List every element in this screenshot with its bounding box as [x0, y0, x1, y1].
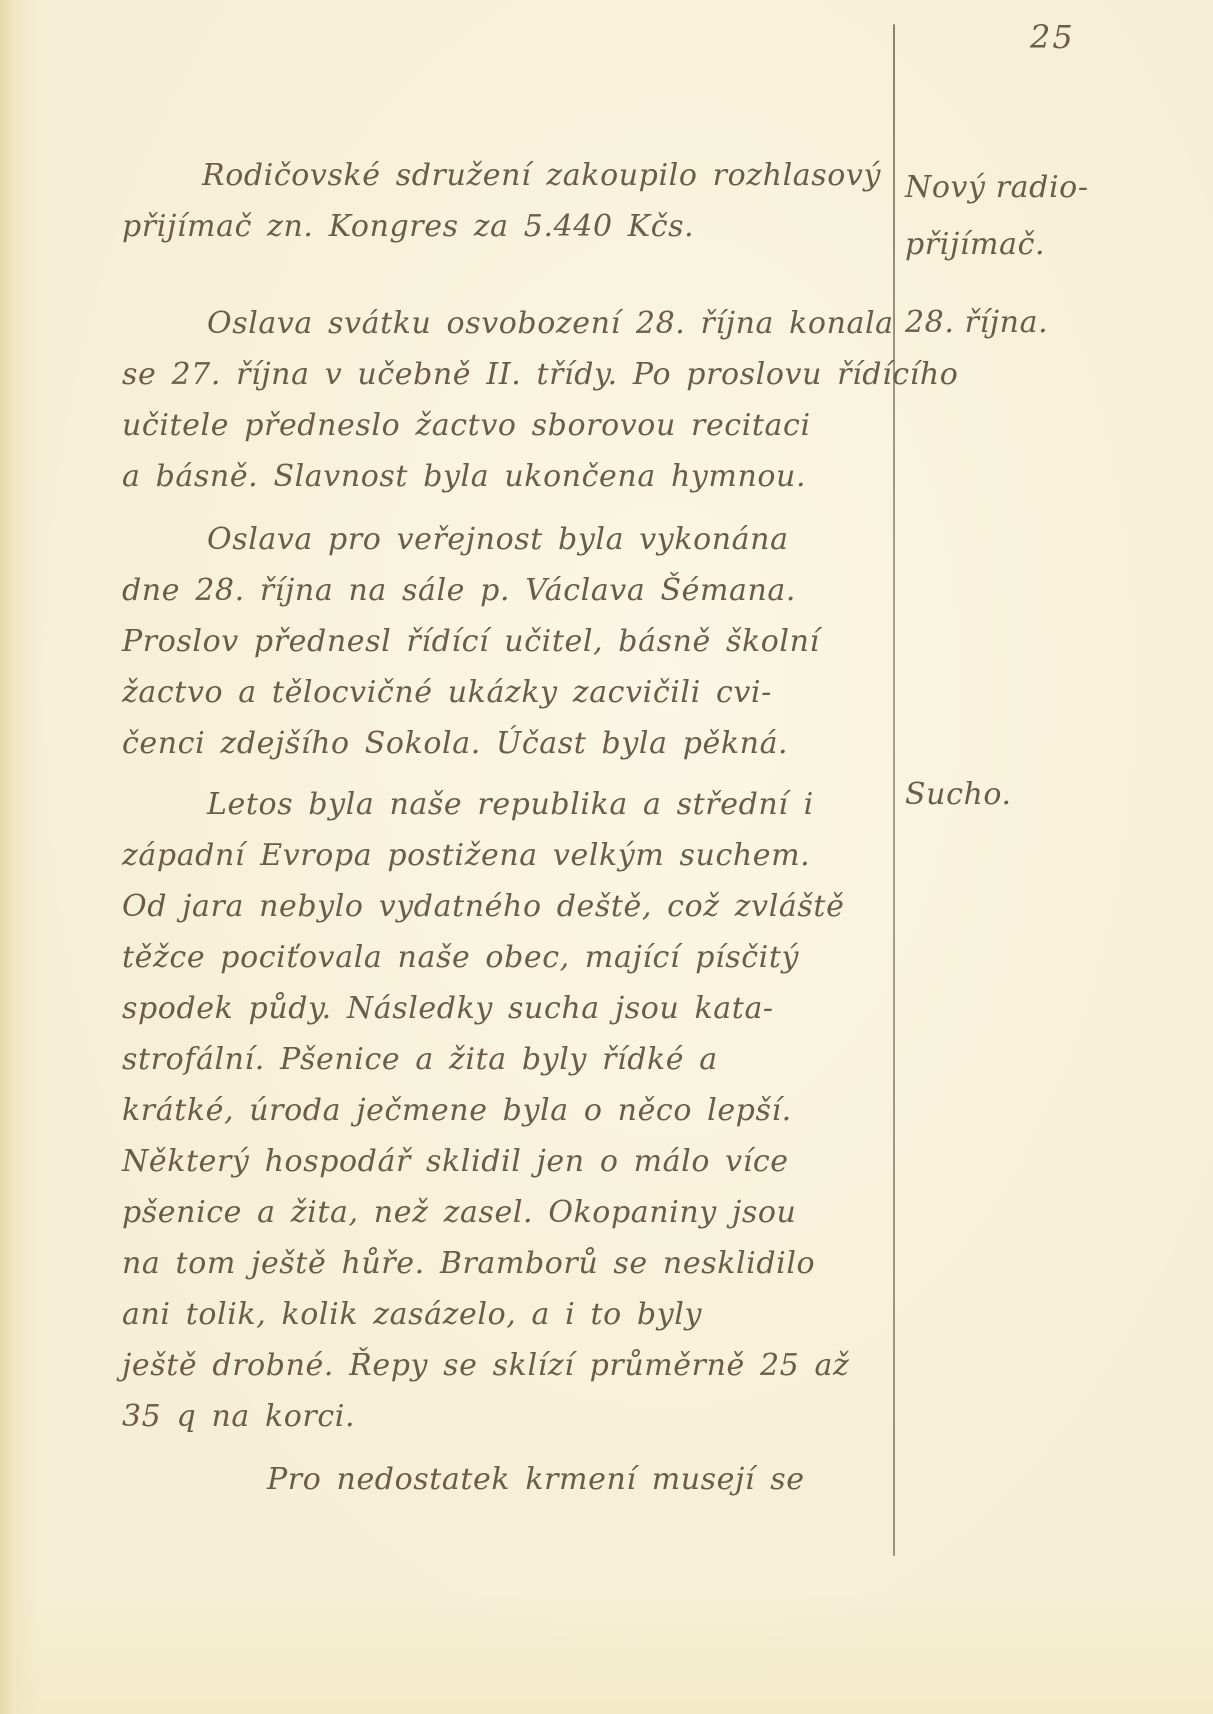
handwritten-text-line: dne 28. října na sále p. Václava Šémana.	[122, 565, 894, 616]
handwritten-text-line: západní Evropa postižena velkým suchem.	[122, 830, 894, 881]
handwritten-text-line: Letos byla naše republika a střední i	[122, 779, 894, 830]
handwritten-text-line: Od jara nebylo vydatného deště, což zvlá…	[122, 881, 894, 932]
margin-note: Sucho.	[905, 772, 1012, 818]
handwritten-text-line: Oslava pro veřejnost byla vykonána	[122, 514, 894, 565]
margin-note: Nový radio-	[905, 165, 1089, 211]
chronicle-page: 25 Rodičovské sdružení zakoupilo rozhlas…	[0, 0, 1213, 1714]
handwritten-text-line: přijímač zn. Kongres za 5.440 Kčs.	[122, 201, 894, 252]
handwritten-text-line: ani tolik, kolik zasázelo, a i to byly	[122, 1289, 894, 1340]
handwritten-text-line: žactvo a tělocvičné ukázky zacvičili cvi…	[122, 667, 894, 718]
handwritten-text-line: učitele předneslo žactvo sborovou recita…	[122, 400, 894, 451]
body-text-column: Rodičovské sdružení zakoupilo rozhlasový…	[122, 150, 894, 1505]
handwritten-text-line: Některý hospodář sklidil jen o málo více	[122, 1136, 894, 1187]
handwritten-text-line: a básně. Slavnost byla ukončena hymnou.	[122, 451, 894, 502]
margin-note: 28. října.	[905, 300, 1048, 346]
handwritten-text-line: Rodičovské sdružení zakoupilo rozhlasový	[122, 150, 894, 201]
handwritten-text-line: spodek půdy. Následky sucha jsou kata-	[122, 983, 894, 1034]
handwritten-text-line: na tom ještě hůře. Bramborů se nesklidil…	[122, 1238, 894, 1289]
margin-note: přijímač.	[905, 222, 1045, 268]
handwritten-text-line: strofální. Pšenice a žita byly řídké a	[122, 1034, 894, 1085]
margin-notes-column: Nový radio-přijímač.28. října.Sucho.	[905, 0, 1205, 1714]
handwritten-text-line: čenci zdejšího Sokola. Účast byla pěkná.	[122, 718, 894, 769]
handwritten-text-line: Pro nedostatek krmení musejí se	[122, 1454, 894, 1505]
handwritten-text-line: ještě drobné. Řepy se sklízí průměrně 25…	[122, 1340, 894, 1391]
handwritten-text-line: 35 q na korci.	[122, 1391, 894, 1442]
handwritten-text-line: se 27. října v učebně II. třídy. Po pros…	[122, 349, 894, 400]
handwritten-text-line: Proslov přednesl řídící učitel, básně šk…	[122, 616, 894, 667]
handwritten-text-line: Oslava svátku osvobození 28. října konal…	[122, 298, 894, 349]
handwritten-text-line: krátké, úroda ječmene byla o něco lepší.	[122, 1085, 894, 1136]
handwritten-text-line: pšenice a žita, než zasel. Okopaniny jso…	[122, 1187, 894, 1238]
handwritten-text-line: těžce pociťovala naše obec, mající písči…	[122, 932, 894, 983]
